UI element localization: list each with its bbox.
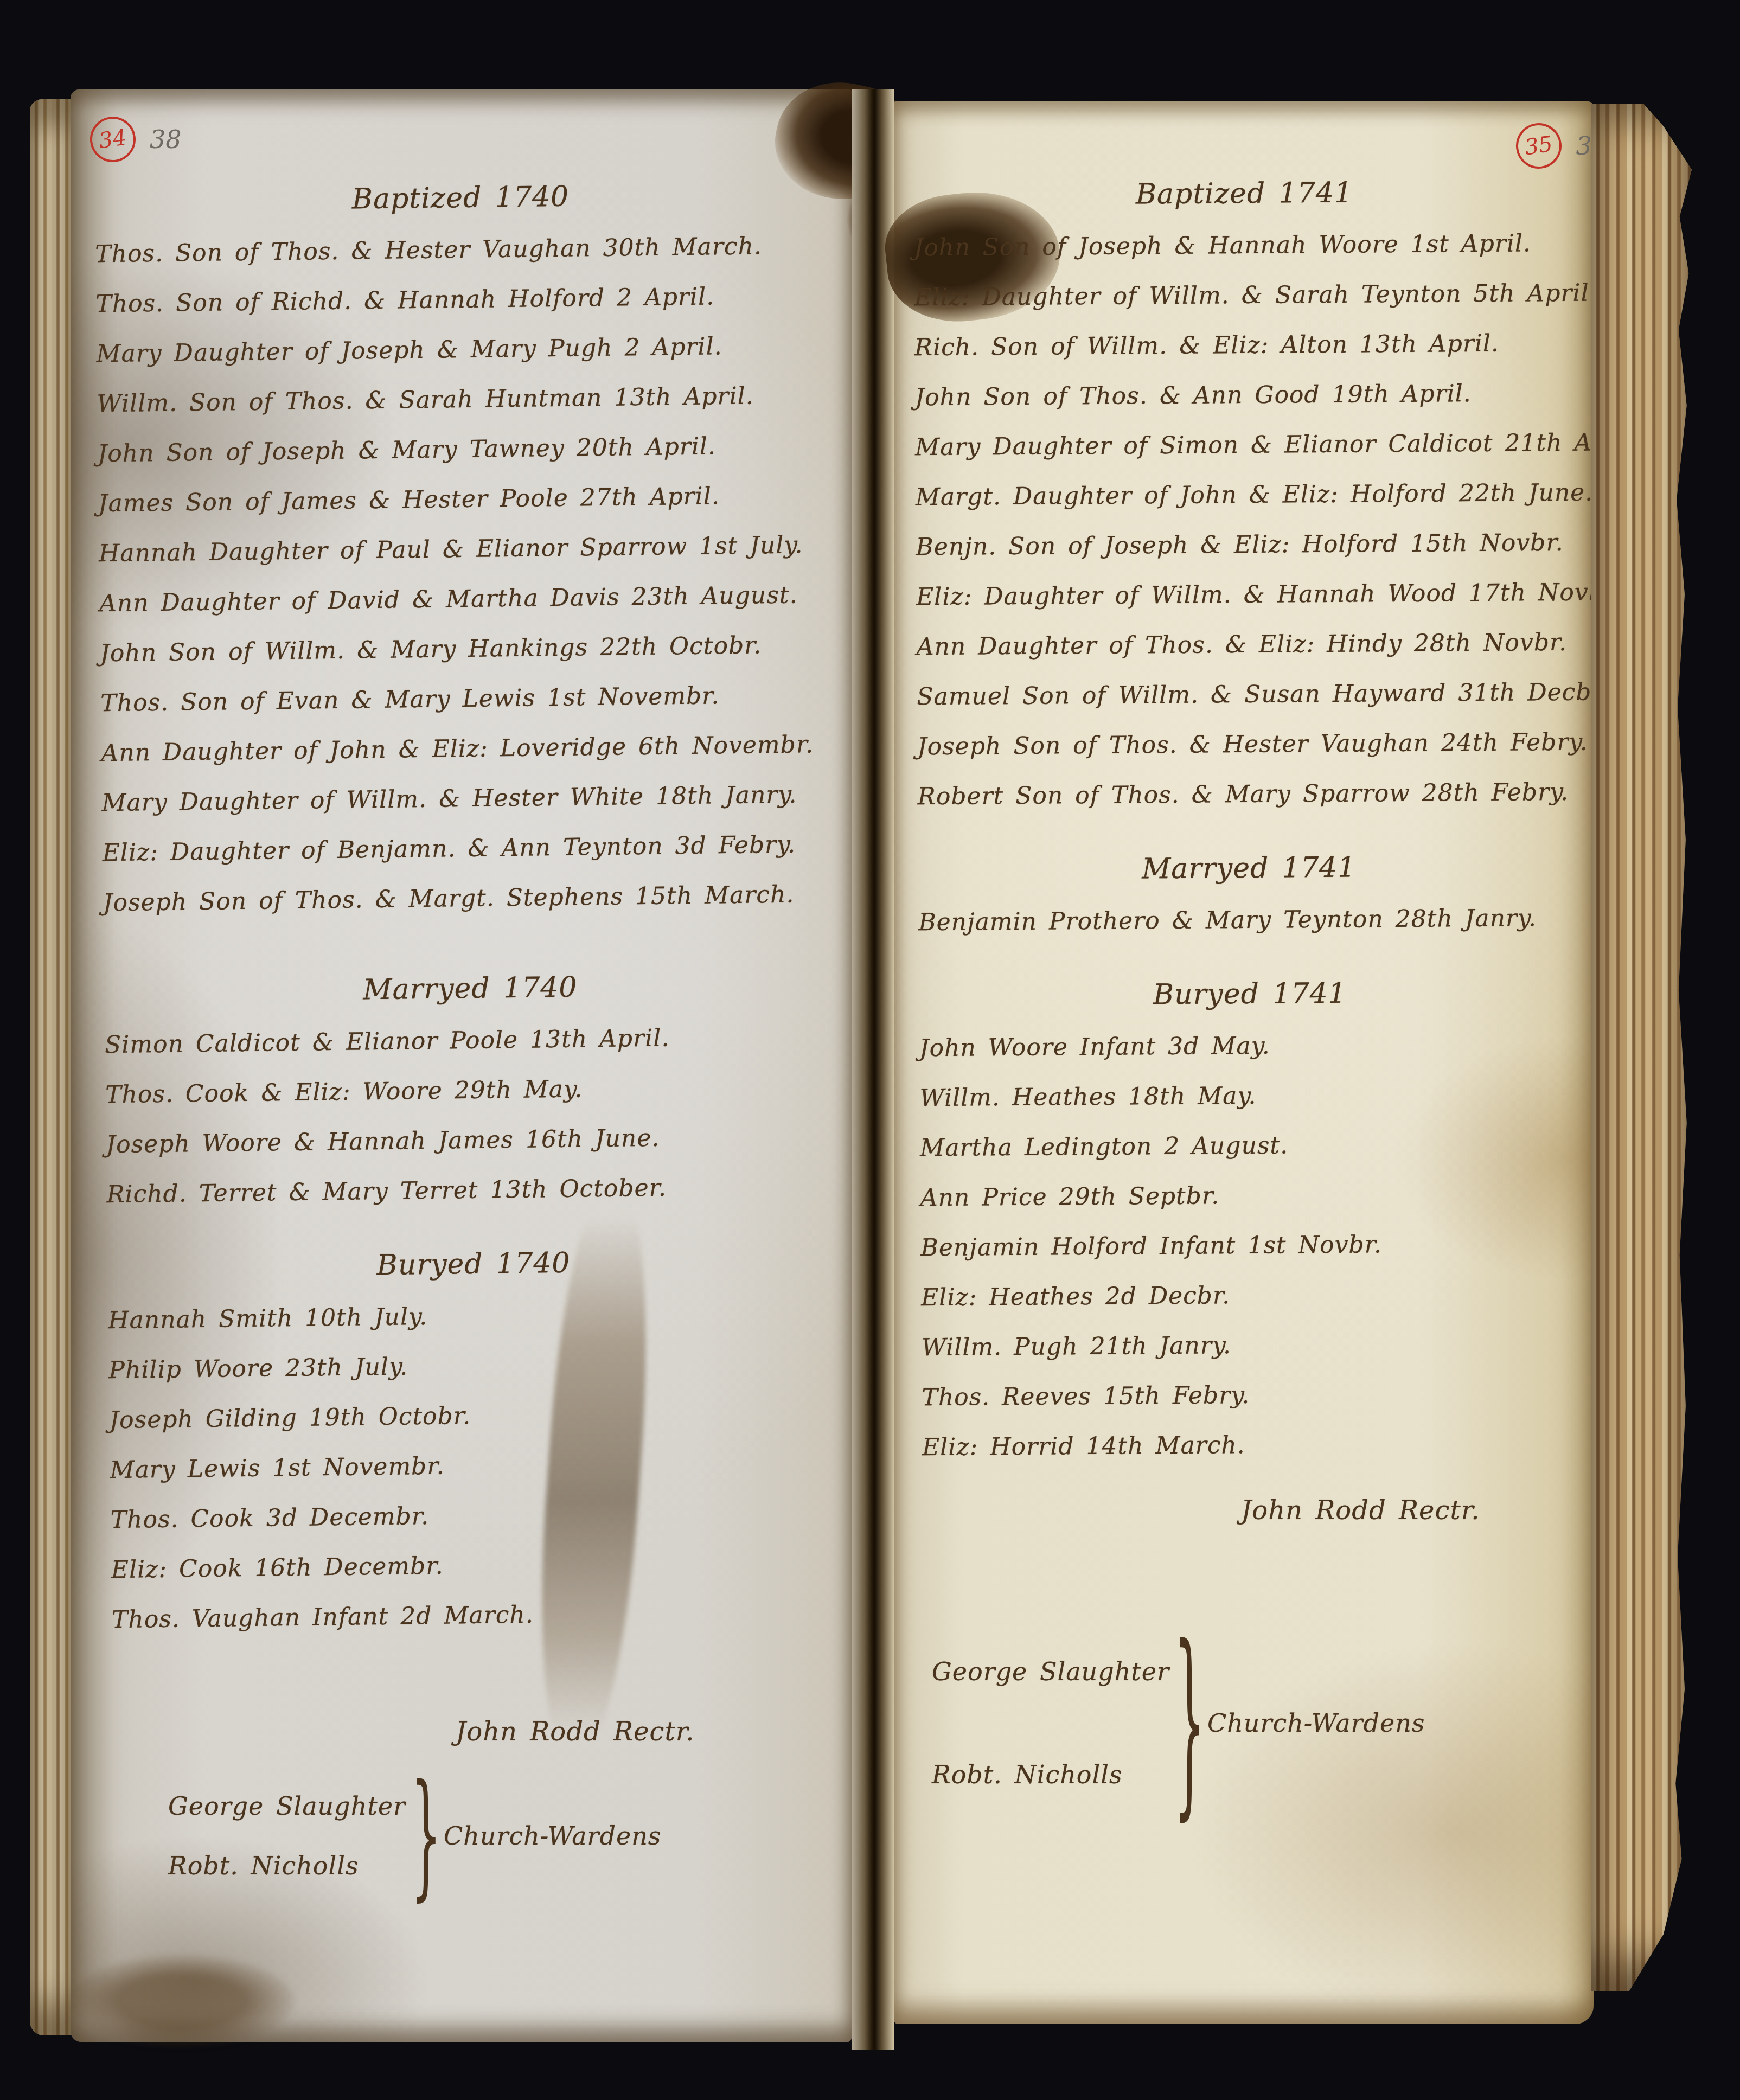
- marriage-entries-1740: Simon Caldicot & Elianor Poole 13th Apri…: [105, 1011, 839, 1220]
- register-entry: John Son of Joseph & Hannah Woore 1st Ap…: [913, 219, 1576, 273]
- marriage-entries-1741: Benjamin Prothero & Mary Teynton 28th Ja…: [918, 893, 1581, 948]
- warden-signature: Robt. Nicholls: [932, 1723, 1169, 1826]
- register-entry: Samuel Son of Willm. & Susan Hayward 31t…: [917, 668, 1579, 722]
- register-entry: Thos. Son of Thos. & Hester Vaughan 30th…: [95, 221, 828, 279]
- register-entry: Mary Lewis 1st Novembr.: [110, 1437, 842, 1495]
- section-title-marryed-1741: Marryed 1741: [918, 839, 1580, 898]
- warden-signature: George Slaughter: [168, 1776, 406, 1836]
- register-entry: Eliz: Daughter of Willm. & Hannah Wood 1…: [916, 568, 1578, 623]
- baptism-entries-1740: Thos. Son of Thos. & Hester Vaughan 30th…: [95, 221, 836, 928]
- register-entry: Benjn. Son of Joseph & Eliz: Holford 15t…: [916, 518, 1578, 573]
- baptism-entries-1741: John Son of Joseph & Hannah Woore 1st Ap…: [913, 219, 1579, 822]
- register-entry: John Son of Willm. & Mary Hankings 22th …: [100, 620, 833, 678]
- warden-signature: George Slaughter: [932, 1620, 1169, 1723]
- folio-number-pencil: 38: [150, 125, 182, 154]
- register-entry: Willm. Pugh 21th Janry.: [921, 1318, 1583, 1373]
- register-entry: Thos. Cook 3d Decembr.: [110, 1487, 843, 1545]
- register-entry: Robert Son of Thos. & Mary Sparrow 28th …: [917, 767, 1579, 822]
- burial-entries-1741: John Woore Infant 3d May. Willm. Heathes…: [919, 1019, 1584, 1472]
- register-entry: Margt. Daughter of John & Eliz: Holford …: [916, 468, 1578, 523]
- photo-stage: 34 38 Baptized 1740 Thos. Son of Thos. &…: [0, 0, 1740, 2100]
- register-entry: Ann Price 29th Septbr.: [920, 1169, 1583, 1224]
- churchwardens-label: Church-Wardens: [444, 1821, 661, 1851]
- rector-signature: John Rodd Rectr.: [1241, 1495, 1480, 1526]
- register-entry: Thos. Cook & Eliz: Woore 29th May.: [105, 1061, 838, 1120]
- right-page: 35 39 Baptized 1741 John Son of Joseph &…: [894, 101, 1594, 2024]
- folio-number-red: 34: [87, 114, 139, 165]
- churchwardens-signatures: George Slaughter Robt. Nicholls } Church…: [932, 1620, 1425, 1826]
- churchwardens-signatures: George Slaughter Robt. Nicholls } Church…: [168, 1776, 661, 1896]
- register-entry: John Woore Infant 3d May.: [919, 1019, 1582, 1074]
- section-title-baptized-1741: Baptized 1741: [913, 164, 1576, 223]
- register-entry: Benjamin Holford Infant 1st Novbr.: [920, 1219, 1583, 1273]
- register-entry: John Son of Joseph & Mary Tawney 20th Ap…: [97, 420, 830, 479]
- folio-numbers-left: 34 38: [90, 117, 182, 162]
- warden-names: George Slaughter Robt. Nicholls: [932, 1620, 1169, 1826]
- book-gutter: [852, 89, 894, 2050]
- register-entry: John Son of Thos. & Ann Good 19th April.: [914, 368, 1577, 423]
- register-book: 34 38 Baptized 1740 Thos. Son of Thos. &…: [30, 89, 1714, 2056]
- left-page-content: Baptized 1740 Thos. Son of Thos. & Heste…: [94, 167, 844, 1645]
- register-entry: Ann Daughter of Thos. & Eliz: Hindy 28th…: [916, 618, 1578, 673]
- register-entry: Ann Daughter of David & Martha Davis 23t…: [99, 570, 832, 629]
- register-entry: Thos. Vaughan Infant 2d March.: [111, 1586, 844, 1645]
- register-entry: Benjamin Prothero & Mary Teynton 28th Ja…: [918, 893, 1581, 948]
- register-entry: Eliz: Horrid 14th March.: [922, 1418, 1584, 1473]
- register-entry: Hannah Smith 10th July.: [108, 1287, 841, 1346]
- register-entry: Ann Daughter of John & Eliz: Loveridge 6…: [101, 720, 834, 778]
- register-entry: Eliz: Heathes 2d Decbr.: [921, 1269, 1583, 1323]
- burial-entries-1740: Hannah Smith 10th July. Philip Woore 23t…: [108, 1287, 845, 1645]
- fore-edge-pages: [1591, 104, 1692, 1991]
- register-entry: Thos. Son of Evan & Mary Lewis 1st Novem…: [100, 670, 833, 728]
- section-title-buryed-1741: Buryed 1741: [919, 965, 1581, 1024]
- register-entry: Eliz: Daughter of Willm. & Sarah Teynton…: [914, 268, 1576, 323]
- register-entry: Martha Ledington 2 August.: [920, 1119, 1582, 1174]
- left-page-edges: [30, 99, 72, 2035]
- register-entry: Eliz: Cook 16th Decembr.: [111, 1536, 843, 1595]
- section-title-marryed-1740: Marryed 1740: [104, 957, 836, 1020]
- register-entry: Hannah Daughter of Paul & Elianor Sparro…: [98, 520, 831, 579]
- register-entry: Mary Daughter of Joseph & Mary Pugh 2 Ap…: [96, 321, 829, 379]
- register-entry: Mary Daughter of Simon & Elianor Caldico…: [915, 418, 1577, 473]
- register-entry: Eliz: Daughter of Benjamn. & Ann Teynton…: [102, 819, 835, 878]
- register-entry: Willm. Heathes 18th May.: [919, 1069, 1582, 1124]
- register-entry: Joseph Son of Thos. & Hester Vaughan 24t…: [917, 718, 1579, 772]
- churchwardens-label: Church-Wardens: [1207, 1708, 1425, 1738]
- register-entry: Simon Caldicot & Elianor Poole 13th Apri…: [105, 1011, 837, 1070]
- register-entry: Rich. Son of Willm. & Eliz: Alton 13th A…: [914, 318, 1577, 373]
- register-entry: Willm. Son of Thos. & Sarah Huntman 13th…: [97, 370, 829, 429]
- rector-signature: John Rodd Rectr.: [456, 1717, 695, 1747]
- brace-glyph: }: [1174, 1622, 1203, 1824]
- warden-names: George Slaughter Robt. Nicholls: [168, 1776, 406, 1896]
- register-entry: Joseph Woore & Hannah James 16th June.: [106, 1111, 839, 1170]
- register-entry: Joseph Son of Thos. & Margt. Stephens 15…: [103, 869, 835, 928]
- register-entry: James Son of James & Hester Poole 27th A…: [98, 470, 830, 529]
- brace-glyph: }: [411, 1768, 439, 1904]
- warden-signature: Robt. Nicholls: [168, 1836, 406, 1896]
- corner-staining: [67, 1955, 295, 2047]
- left-page: 34 38 Baptized 1740 Thos. Son of Thos. &…: [71, 89, 852, 2042]
- register-entry: Thos. Reeves 15th Febry.: [922, 1368, 1584, 1423]
- register-entry: Richd. Terret & Mary Terret 13th October…: [106, 1161, 839, 1220]
- register-entry: Thos. Son of Richd. & Hannah Holford 2 A…: [95, 271, 828, 329]
- right-page-content: Baptized 1741 John Son of Joseph & Hanna…: [913, 164, 1584, 1472]
- register-entry: Philip Woore 23th July.: [108, 1337, 841, 1395]
- register-entry: Mary Daughter of Willm. & Hester White 1…: [101, 770, 834, 828]
- section-title-baptized-1740: Baptized 1740: [94, 167, 827, 229]
- register-entry: Joseph Gilding 19th Octobr.: [109, 1387, 842, 1445]
- section-title-buryed-1740: Buryed 1740: [107, 1233, 840, 1296]
